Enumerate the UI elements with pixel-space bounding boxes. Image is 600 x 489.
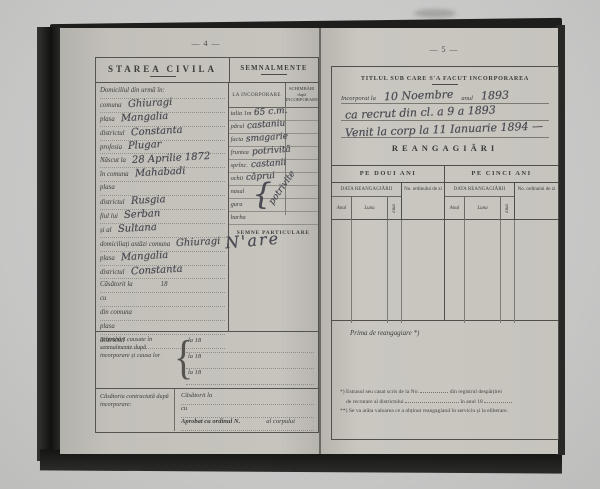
- footnote-text: în anul 18: [460, 399, 482, 405]
- civil-field-value: Plugar: [128, 139, 162, 153]
- description-header-label: SEMNALMENTE: [240, 65, 307, 72]
- civil-field-row: din comuna: [100, 307, 225, 321]
- description-label: părul: [231, 123, 245, 130]
- blank-fill: [405, 397, 459, 403]
- civil-field-label: districtul: [100, 199, 125, 206]
- civil-field-suffix: 18: [161, 281, 168, 288]
- column-rule: [401, 220, 402, 323]
- reengagement-title: REANGAGIĂRI: [332, 143, 558, 153]
- page-number-right: — 5 —: [331, 45, 557, 54]
- date-subcolumns: Anul Luna Ziua: [445, 197, 514, 220]
- col-luna: Luna: [352, 197, 388, 220]
- column-rule: [514, 220, 515, 323]
- blank-fill: [484, 397, 512, 403]
- civil-field-label: din comuna: [100, 309, 132, 316]
- changes-lines: la 18 la 18 la 18: [184, 332, 318, 388]
- civil-field-value: Mangalia: [120, 249, 168, 263]
- civil-field-label: districtul: [100, 269, 125, 276]
- col-luna: Luna: [465, 197, 501, 220]
- civil-field-value: 28 Aprilie 1872: [132, 151, 211, 167]
- civil-field-value: Mangalia: [120, 111, 168, 125]
- description-value: smagarie: [246, 132, 289, 146]
- two-years-subheader: DATA REANGAGIĂRII Anul Luna Ziua No. ord…: [332, 183, 444, 220]
- column-rule: [351, 220, 352, 323]
- footnote-text: **) Se va arăta valoarea ce a obținut re…: [340, 408, 508, 414]
- civil-field-value: Mahabadi: [134, 166, 185, 181]
- footnote-2: **) Se va arăta valoarea ce a obținut re…: [340, 407, 552, 416]
- description-label: talia 1m: [231, 110, 252, 117]
- changes-section: Schimbări causate în semnalmente după in…: [96, 332, 318, 389]
- header-rule: [432, 84, 458, 85]
- page-left: — 4 — STAREA CIVILA SEMNALMENTE Domicili…: [60, 28, 320, 454]
- civil-field-value: Constanta: [130, 124, 182, 139]
- footnote-text: *) Estrasul seu casat scris de la No.: [340, 389, 419, 395]
- footnotes: *) Estrasul seu casat scris de la No. di…: [340, 387, 552, 416]
- book-edge-left: [37, 27, 62, 461]
- two-years-body: [332, 220, 444, 323]
- civil-status-table: STAREA CIVILA SEMNALMENTE Domiciliul din…: [95, 57, 319, 433]
- printed-label: anul: [461, 95, 473, 102]
- civil-field-label: fiul lui: [100, 213, 118, 220]
- description-value: 65 c.m.: [254, 106, 288, 119]
- marriage-line-label: Căsătorit la: [181, 392, 212, 399]
- civil-field-row: fiul luiSerban: [100, 210, 225, 224]
- printed-label: Incorporat la: [341, 95, 376, 102]
- description-row: ochiicăprui: [229, 173, 318, 186]
- col-ziua: Ziua: [501, 197, 514, 220]
- page-number-left: — 4 —: [95, 39, 317, 48]
- civil-field-label: în comuna: [100, 171, 129, 178]
- handwritten-arrival: Venit la corp la 11 Ianuarie 1894 —: [345, 120, 543, 140]
- date-header-block: DATA REANGAGIĂRII Anul Luna Ziua: [445, 183, 515, 219]
- civil-field-row: districtulRusgia: [100, 196, 225, 210]
- description-column: LA INCORPORARE SCHIMBĂRI după INCORPORAR…: [229, 83, 318, 331]
- incorporation-line-1: Incorporat la 10 Noembre anul 1893: [341, 87, 549, 104]
- footnote-1-continued: de recrutare al districtului în anul 18: [340, 397, 552, 407]
- description-row: barba: [229, 212, 318, 225]
- civil-field-row: plasaMangalia: [100, 252, 225, 266]
- handwritten-date: 10 Noembre: [384, 88, 454, 103]
- two-years-section: PE DOUI ANI DATA REANGAGIĂRII Anul Luna …: [332, 166, 445, 320]
- description-subheader: LA INCORPORARE SCHIMBĂRI după INCORPORAR…: [229, 83, 318, 108]
- handwritten-year: 1893: [481, 89, 509, 103]
- civil-field-label: plasa: [100, 323, 115, 330]
- civil-field-label: cu: [100, 295, 106, 302]
- photo-backdrop: — 4 — STAREA CIVILA SEMNALMENTE Domicili…: [0, 0, 600, 489]
- civil-field-label: domiciliați astăzi comuna: [100, 241, 170, 248]
- civil-field-label: Născut la: [100, 157, 126, 164]
- description-value: castaniu: [247, 119, 286, 133]
- handwritten-recruit-class: ca recrut din cl. a 9 a 1893: [345, 103, 496, 121]
- date-header: DATA REANGAGIĂRII: [445, 183, 514, 197]
- changes-brace: {: [174, 326, 184, 393]
- incorporation-title-label: TITLUL SUB CARE S'A FACUT INCORPORAREA: [361, 75, 529, 82]
- footnote-text: din registrul despărțirei: [450, 389, 502, 395]
- column-rule: [387, 220, 388, 323]
- marriage-lines: Căsătorit la cu Aprobat cu ordinul N.al …: [174, 389, 318, 431]
- description-label: ochii: [231, 175, 244, 182]
- description-brace: {: [253, 177, 272, 213]
- changes-line: la 18: [186, 369, 314, 385]
- changes-after-incorporation-header: SCHIMBĂRI după INCORPORARE: [286, 83, 318, 107]
- civil-field-value: Ghiuragi: [127, 97, 172, 111]
- incorporation-title: TITLUL SUB CARE S'A FACUT INCORPORAREA: [332, 75, 558, 85]
- five-years-section: PE CINCI ANI DATA REANGAGIĂRII Anul Luna…: [445, 166, 558, 320]
- civil-field-label: Domiciliul din urmă în:: [100, 87, 165, 94]
- marriage-approval-suffix: al corpului: [266, 418, 295, 425]
- column-rule: [464, 220, 465, 323]
- register-book-pages: — 4 — STAREA CIVILA SEMNALMENTE Domicili…: [60, 28, 558, 454]
- footnote-text: de recrutare al districtului: [346, 399, 404, 405]
- five-years-body: [445, 220, 558, 323]
- date-subcolumns: Anul Luna Ziua: [332, 197, 401, 220]
- marriage-line-label: cu: [181, 405, 187, 412]
- civil-field-value: Ghiuragi: [176, 236, 221, 250]
- description-label: facia: [231, 136, 244, 143]
- marriage-line: Căsătorit la: [181, 392, 314, 405]
- civil-field-label: comuna: [100, 102, 122, 109]
- column-rule: [500, 220, 501, 323]
- col-ziua-label: Ziua: [505, 204, 510, 213]
- marriage-section: Căsătoria contractată după incorporare: …: [96, 389, 318, 431]
- table-header-row: STAREA CIVILA SEMNALMENTE: [96, 58, 318, 83]
- table-main-row: Domiciliul din urmă în: comunaGhiuragi p…: [96, 83, 318, 332]
- marriage-section-label: Căsătoria contractată după incorporare:: [96, 389, 174, 431]
- civil-field-label: plasa: [100, 184, 115, 191]
- pencil-smudge: [414, 9, 456, 18]
- civil-field-row: Căsătorit la18: [100, 279, 225, 293]
- order-number-header: No. ordinului de zi: [515, 183, 558, 219]
- description-label: gura: [231, 201, 243, 208]
- incorporation-line-3: Venit la corp la 11 Ianuarie 1894 —: [341, 121, 549, 138]
- description-label: sprînc.: [231, 162, 248, 169]
- civil-field-label: plasa: [100, 255, 115, 262]
- particular-signs-value: N'are: [224, 229, 281, 253]
- footnote-1: *) Estrasul seu casat scris de la No. di…: [340, 387, 552, 397]
- description-value: castanii: [251, 158, 287, 171]
- date-header: DATA REANGAGIĂRII: [332, 183, 401, 197]
- civil-field-value: Sultana: [117, 222, 156, 236]
- date-header-block: DATA REANGAGIĂRII Anul Luna Ziua: [332, 183, 402, 219]
- premium-label: Prima de reangagiare *): [350, 329, 419, 337]
- changes-section-label: Schimbări causate în semnalmente după in…: [96, 332, 174, 388]
- incorporation-line-2: ca recrut din cl. a 9 a 1893: [341, 104, 549, 121]
- description-label: barba: [231, 214, 246, 221]
- marriage-line: cu: [181, 405, 314, 418]
- col-ziua: Ziua: [388, 197, 401, 220]
- changes-line: la 18: [186, 353, 314, 369]
- header-rule: [150, 76, 176, 77]
- blank-fill: [420, 387, 448, 393]
- incorporation-handwritten-lines: Incorporat la 10 Noembre anul 1893 ca re…: [341, 87, 549, 138]
- col-anul: Anul: [332, 197, 352, 220]
- description-label: fruntea: [231, 149, 249, 156]
- civil-field-label: plasa: [100, 116, 115, 123]
- order-number-header: No. ordinului de zi: [402, 183, 444, 219]
- at-incorporation-header: LA INCORPORARE: [229, 83, 286, 107]
- description-label: nasul: [231, 188, 245, 195]
- civil-field-row: cu: [100, 293, 225, 307]
- page-right: — 5 — TITLUL SUB CARE S'A FACUT INCORPOR…: [321, 28, 558, 454]
- civil-field-value: Serban: [124, 208, 161, 222]
- civil-field-row: districtulConstanta: [100, 266, 225, 280]
- changes-line: la 18: [186, 337, 314, 353]
- civil-field-label: Căsătorit la: [100, 281, 133, 288]
- five-years-subheader: DATA REANGAGIĂRII Anul Luna Ziua No. ord…: [445, 183, 558, 220]
- col-anul: Anul: [445, 197, 465, 220]
- two-years-header: PE DOUI ANI: [332, 166, 444, 183]
- five-years-header: PE CINCI ANI: [445, 166, 558, 183]
- civil-field-value: Constanta: [130, 263, 182, 278]
- civil-field-row: districtulConstanta: [100, 127, 225, 141]
- header-rule: [261, 74, 287, 75]
- civil-status-header-label: STAREA CIVILA: [108, 64, 217, 74]
- incorporation-box: TITLUL SUB CARE S'A FACUT INCORPORAREA I…: [331, 66, 559, 440]
- reengagement-table: PE DOUI ANI DATA REANGAGIĂRII Anul Luna …: [332, 165, 558, 321]
- civil-field-row: în comunaMahabadi: [100, 168, 225, 182]
- civil-status-column: Domiciliul din urmă în: comunaGhiuragi p…: [96, 83, 229, 331]
- civil-field-label: profesia: [100, 144, 122, 151]
- civil-field-label: și al: [100, 227, 112, 234]
- civil-status-header: STAREA CIVILA: [96, 58, 230, 82]
- marriage-approval-label: Aprobat cu ordinul N.: [181, 418, 240, 425]
- civil-field-row: plasaMangalia: [100, 113, 225, 127]
- col-ziua-label: Ziua: [392, 204, 397, 213]
- description-header: SEMNALMENTE: [230, 58, 318, 82]
- marriage-line: Aprobat cu ordinul N.al corpului: [181, 418, 314, 431]
- civil-field-value: Rusgia: [130, 194, 165, 208]
- civil-field-label: districtul: [100, 130, 125, 137]
